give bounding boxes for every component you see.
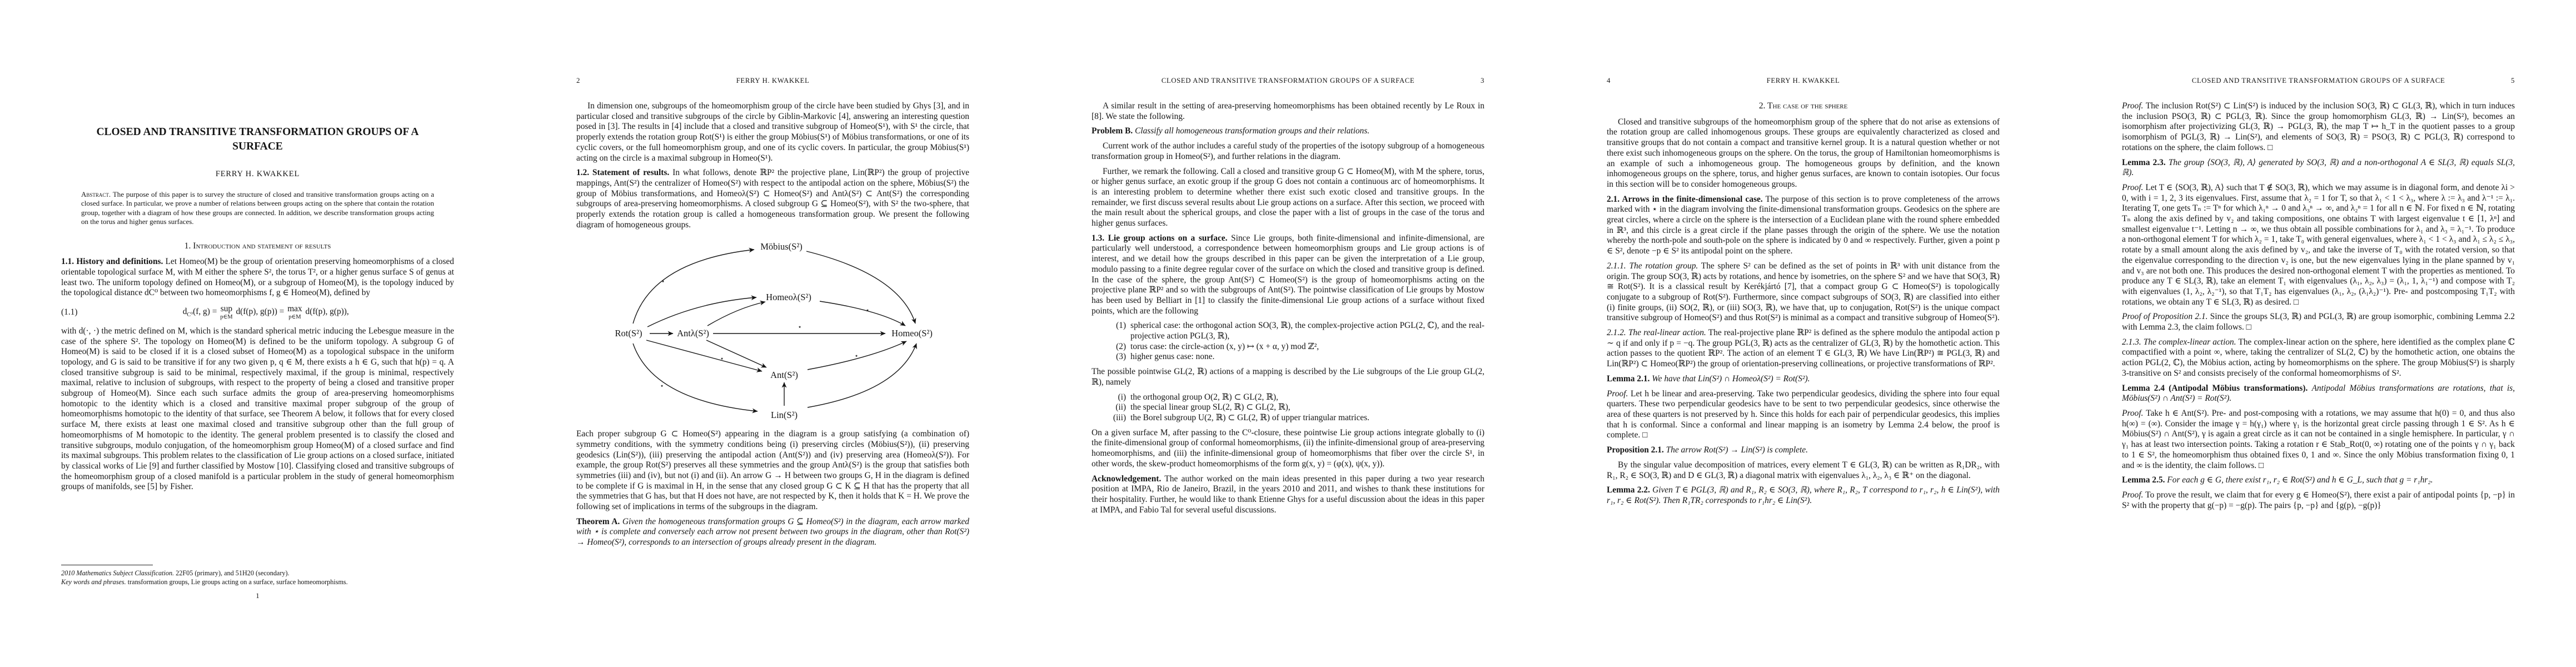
proof-lemma-2-1: Proof. Let h be linear and area-preservi… bbox=[1607, 389, 2000, 441]
page-1-body: 1. Introduction and statement of results… bbox=[61, 241, 454, 492]
eq-max: max bbox=[287, 304, 302, 315]
lemma-2-5: Lemma 2.5. For each g ∈ G, there exist r… bbox=[2122, 475, 2515, 486]
node-rot: Rot(S²) bbox=[615, 328, 642, 339]
problem-b-label: Problem B. bbox=[1092, 126, 1133, 136]
lemma-2-1-label: Lemma 2.1. bbox=[1607, 374, 1650, 384]
abstract: Abstract. The purpose of this paper is t… bbox=[81, 190, 434, 227]
para-pointwise-gl2: The possible pointwise GL(2, ℝ) actions … bbox=[1092, 367, 1484, 387]
subsection-2-1-1-label: 2.1.1. The rotation group. bbox=[1607, 261, 1698, 271]
problem-b: Problem B. Classify all homogeneous tran… bbox=[1092, 126, 1484, 137]
proof-lemma-2-2: Proof. The inclusion Rot(S²) ⊂ Lin(S²) i… bbox=[2122, 101, 2515, 153]
star-rot-lin: ⋆ bbox=[660, 382, 664, 390]
subsection-2-1-2-label: 2.1.2. The real-linear action. bbox=[1607, 328, 1706, 337]
node-antlambda: Antλ(S²) bbox=[677, 328, 709, 339]
page-3: CLOSED AND TRANSITIVE TRANSFORMATION GRO… bbox=[1030, 0, 1546, 667]
eq-max-operator: maxp∈M bbox=[287, 304, 302, 320]
subsection-1-3-text: Since Lie groups, both finite-dimensiona… bbox=[1092, 233, 1484, 316]
theorem-a: Theorem A. Given the homogeneous transfo… bbox=[576, 517, 969, 548]
equation-body: dC⁰(f, g) = supp∈M d(f(p), g(p)) = maxp∈… bbox=[78, 304, 455, 321]
lemma-2-4-label: Lemma 2.4 (Antipodal Möbius transformati… bbox=[2122, 384, 2308, 393]
running-header: CLOSED AND TRANSITIVE TRANSFORMATION GRO… bbox=[1092, 77, 1484, 87]
para-dimension-one: In dimension one, subgroups of the homeo… bbox=[576, 101, 969, 163]
header-page-number: 3 bbox=[1481, 77, 1484, 85]
keywords-label: Key words and phrases. bbox=[61, 578, 126, 586]
subsection-2-1-3-label: 2.1.3. The complex-linear action. bbox=[2122, 337, 2236, 347]
eq-rhs: d(f(p), g(p)), bbox=[303, 307, 349, 316]
node-mobius: Möbius(S²) bbox=[760, 241, 803, 252]
para-current-work: Current work of the author includes a ca… bbox=[1092, 141, 1484, 162]
list-item: (1)spherical case: the orthogonal action… bbox=[1106, 321, 1484, 341]
star-rot-mobius: ⋆ bbox=[661, 277, 665, 285]
lemma-2-2-text: Given T ∈ PGL(3, ℝ) and R₁, R₂ ∈ SO(3, ℝ… bbox=[1607, 485, 2000, 505]
abstract-label: Abstract. bbox=[81, 190, 111, 198]
list-item: (ii)the special linear group SL(2, ℝ) ⊂ … bbox=[1106, 402, 1484, 413]
header-title: CLOSED AND TRANSITIVE TRANSFORMATION GRO… bbox=[1162, 77, 1415, 84]
proof-proposition-2-1: Proof of Proposition 2.1. Since the grou… bbox=[2122, 312, 2515, 332]
star-antlambda-homeo: ⋆ bbox=[798, 323, 802, 331]
para-statement-of-results: 1.2. Statement of results. In what follo… bbox=[576, 168, 969, 230]
lemma-2-5-text: For each g ∈ G, there exist r₁, r₂ ∈ Rot… bbox=[2167, 475, 2433, 485]
arrow-rot-to-homeolambda bbox=[647, 297, 756, 327]
eq-sup-under: p∈M bbox=[220, 315, 232, 320]
para-real-linear-action: 2.1.2. The real-linear action. The real-… bbox=[1607, 328, 2000, 370]
lemma-2-2: Lemma 2.2. Given T ∈ PGL(3, ℝ) and R₁, R… bbox=[1607, 485, 2000, 506]
eq-lhs: (f, g) = bbox=[193, 307, 219, 316]
list-item-number: (ii) bbox=[1106, 402, 1126, 413]
theorem-a-text: Given the homogeneous transformation gro… bbox=[576, 517, 969, 547]
equation-1-1: (1.1) dC⁰(f, g) = supp∈M d(f(p), g(p)) =… bbox=[61, 304, 454, 321]
proof-lemma-2-5: Proof. To prove the result, we claim tha… bbox=[2122, 490, 2515, 511]
footnote-msc: 2010 Mathematics Subject Classification.… bbox=[61, 569, 454, 578]
star-homeolambda-homeo: ⋆ bbox=[865, 306, 870, 314]
section-2-heading: 2. The case of the sphere bbox=[1607, 101, 2000, 112]
proof-text: Let T ∈ ⟨SO(3, ℝ), A⟩ such that T ∉ SO(3… bbox=[2122, 183, 2515, 307]
eq-sup-operator: supp∈M bbox=[220, 304, 232, 320]
msc-text: 22F05 (primary), and 51H20 (secondary). bbox=[174, 569, 289, 577]
list-item-number: (3) bbox=[1106, 352, 1126, 362]
proof-text: Let h be linear and area-preserving. Tak… bbox=[1607, 389, 2000, 440]
para-metric-discussion: with d(·, ·) the metric defined on M, wh… bbox=[61, 326, 454, 492]
footnote-keywords: Key words and phrases. transformation gr… bbox=[61, 578, 454, 587]
acknowledgement-label: Acknowledgement. bbox=[1092, 474, 1161, 484]
node-homeolambda: Homeoλ(S²) bbox=[766, 292, 811, 302]
page-1: CLOSED AND TRANSITIVE TRANSFORMATION GRO… bbox=[0, 0, 515, 667]
list-item-number: (2) bbox=[1106, 342, 1126, 352]
page-4-body: 2. The case of the sphere Closed and tra… bbox=[1607, 101, 2000, 506]
lemma-2-3: Lemma 2.3. The group ⟨SO(3, ℝ), A⟩ gener… bbox=[2122, 158, 2515, 178]
list-item: (2)torus case: the circle-action (x, y) … bbox=[1106, 342, 1484, 352]
arrow-antlambda-to-homeolambda bbox=[707, 302, 765, 326]
footnote-rule bbox=[61, 565, 153, 565]
arrow-rot-to-ant bbox=[646, 340, 762, 371]
running-header: CLOSED AND TRANSITIVE TRANSFORMATION GRO… bbox=[2122, 77, 2515, 87]
node-ant: Ant(S²) bbox=[770, 370, 798, 380]
lemma-2-5-label: Lemma 2.5. bbox=[2122, 475, 2165, 485]
list-gl2-subgroups: (i)the orthogonal group O(2, ℝ) ⊂ GL(2, … bbox=[1092, 392, 1484, 424]
header-title: FERRY H. KWAKKEL bbox=[736, 77, 810, 84]
footnote-block: 2010 Mathematics Subject Classification.… bbox=[61, 565, 454, 601]
group-diagram-svg: Möbius(S²) Homeoλ(S²) Rot(S²) Antλ(S²) H… bbox=[579, 235, 968, 421]
header-page-number: 2 bbox=[576, 77, 580, 85]
abstract-text: The purpose of this paper is to survey t… bbox=[81, 190, 434, 226]
proof-text: To prove the result, we claim that for e… bbox=[2122, 490, 2515, 510]
node-lin: Lin(S²) bbox=[770, 410, 797, 420]
proposition-2-1-label: Proposition 2.1. bbox=[1607, 445, 1664, 455]
running-header: 4 FERRY H. KWAKKEL bbox=[1607, 77, 2000, 87]
para-arrows-finite-dim: 2.1. Arrows in the finite-dimensional ca… bbox=[1607, 195, 2000, 257]
paper-title: CLOSED AND TRANSITIVE TRANSFORMATION GRO… bbox=[78, 125, 437, 154]
header-page-number: 5 bbox=[2511, 77, 2515, 85]
para-inhomogeneous: Closed and transitive subgroups of the h… bbox=[1607, 117, 2000, 190]
header-page-number: 4 bbox=[1607, 77, 1611, 85]
proof-of-proposition-label: Proof of Proposition 2.1. bbox=[2122, 312, 2208, 321]
list-item-number: (1) bbox=[1106, 321, 1126, 341]
page-number: 1 bbox=[61, 592, 454, 601]
list-lie-actions: (1)spherical case: the orthogonal action… bbox=[1092, 321, 1484, 362]
eq-d-sub: C⁰ bbox=[187, 312, 193, 318]
msc-label: 2010 Mathematics Subject Classification. bbox=[61, 569, 174, 577]
lemma-2-3-text: The group ⟨SO(3, ℝ), A⟩ generated by SO(… bbox=[2122, 158, 2515, 178]
theorem-a-label: Theorem A. bbox=[576, 517, 620, 526]
subsection-1-2-label: 1.2. Statement of results. bbox=[576, 168, 669, 177]
para-symmetry-conditions: Each proper subgroup G ⊂ Homeo(S²) appea… bbox=[576, 429, 969, 512]
group-diagram: Möbius(S²) Homeoλ(S²) Rot(S²) Antλ(S²) H… bbox=[576, 235, 969, 425]
page-5: CLOSED AND TRANSITIVE TRANSFORMATION GRO… bbox=[2061, 0, 2576, 667]
list-item-text: torus case: the circle-action (x, y) ↦ (… bbox=[1130, 342, 1484, 352]
proposition-2-1: Proposition 2.1. The arrow Rot(S²) → Lin… bbox=[1607, 445, 2000, 456]
proof-lemma-2-4: Proof. Take h ∈ Ant(S²). Pre- and post-c… bbox=[2122, 409, 2515, 471]
list-item: (3)higher genus case: none. bbox=[1106, 352, 1484, 362]
arrow-homeolambda-to-homeo bbox=[820, 301, 905, 326]
list-item: (i)the orthogonal group O(2, ℝ) ⊂ GL(2, … bbox=[1106, 392, 1484, 403]
page-3-body: A similar result in the setting of area-… bbox=[1092, 101, 1484, 515]
proof-label: Proof. bbox=[2122, 409, 2143, 418]
author-name: FERRY H. KWAKKEL bbox=[61, 170, 454, 179]
lemma-2-1: Lemma 2.1. We have that Lin(S²) ∩ Homeoλ… bbox=[1607, 374, 2000, 385]
section-1-heading: 1. Introduction and statement of results bbox=[61, 241, 454, 252]
problem-b-text: Classify all homogeneous transformation … bbox=[1135, 126, 1369, 136]
star-ant-homeo: ⋆ bbox=[854, 352, 859, 360]
list-item-text: spherical case: the orthogonal action SO… bbox=[1130, 321, 1484, 341]
page-4: 4 FERRY H. KWAKKEL 2. The case of the sp… bbox=[1546, 0, 2061, 667]
page-2: 2 FERRY H. KWAKKEL In dimension one, sub… bbox=[515, 0, 1030, 667]
node-homeo: Homeo(S²) bbox=[891, 328, 933, 339]
eq-max-under: p∈M bbox=[288, 315, 301, 320]
header-title: FERRY H. KWAKKEL bbox=[1767, 77, 1840, 84]
list-item-text: higher genus case: none. bbox=[1130, 352, 1484, 362]
keywords-text: transformation groups, Lie groups acting… bbox=[126, 578, 348, 586]
eq-mid: d(f(p), g(p)) = bbox=[234, 307, 287, 316]
equation-tag: (1.1) bbox=[61, 307, 78, 318]
arrow-mobius-to-homeo bbox=[806, 251, 915, 323]
list-item-text: the orthogonal group O(2, ℝ) ⊂ GL(2, ℝ), bbox=[1130, 392, 1484, 403]
list-item-text: the Borel subgroup U(2, ℝ) ⊂ GL(2, ℝ) of… bbox=[1130, 413, 1484, 424]
page-5-body: Proof. The inclusion Rot(S²) ⊂ Lin(S²) i… bbox=[2122, 101, 2515, 511]
arrow-rot-to-mobius bbox=[633, 250, 754, 323]
para-rotation-group: 2.1.1. The rotation group. The sphere S²… bbox=[1607, 261, 2000, 323]
subsection-1-3-label: 1.3. Lie group actions on a surface. bbox=[1092, 233, 1227, 243]
acknowledgement: Acknowledgement. The author worked on th… bbox=[1092, 474, 1484, 516]
proof-text: Take h ∈ Ant(S²). Pre- and post-composin… bbox=[2122, 409, 2515, 470]
star-antlambda-ant: ⋆ bbox=[720, 355, 724, 362]
eq-sup: sup bbox=[221, 304, 232, 315]
header-title: CLOSED AND TRANSITIVE TRANSFORMATION GRO… bbox=[2192, 77, 2445, 84]
page-2-body: In dimension one, subgroups of the homeo… bbox=[576, 101, 969, 548]
running-header: 2 FERRY H. KWAKKEL bbox=[576, 77, 969, 87]
list-item-text: the special linear group SL(2, ℝ) ⊂ GL(2… bbox=[1130, 402, 1484, 413]
para-exotic-groups: Further, we remark the following. Call a… bbox=[1092, 167, 1484, 229]
para-svd: By the singular value decomposition of m… bbox=[1607, 460, 2000, 481]
para-lie-group-actions: 1.3. Lie group actions on a surface. Sin… bbox=[1092, 233, 1484, 317]
proof-text: The inclusion Rot(S²) ⊂ Lin(S²) is induc… bbox=[2122, 101, 2515, 152]
list-item-number: (iii) bbox=[1106, 413, 1126, 424]
arrow-antlambda-to-ant bbox=[706, 340, 766, 367]
proposition-2-1-text: The arrow Rot(S²) → Lin(S²) is complete. bbox=[1666, 445, 1808, 455]
lemma-2-3-label: Lemma 2.3. bbox=[2122, 158, 2166, 167]
para-c0-closure: On a given surface M, after passing to t… bbox=[1092, 428, 1484, 470]
proof-label: Proof. bbox=[2122, 101, 2143, 111]
paper-screenshot: arXiv:1502.04111v1 [math.GT] 13 Feb 2015… bbox=[0, 0, 2576, 667]
para-complex-linear-action: 2.1.3. The complex-linear action. The co… bbox=[2122, 337, 2515, 379]
list-item: (iii)the Borel subgroup U(2, ℝ) ⊂ GL(2, … bbox=[1106, 413, 1484, 424]
proof-label: Proof. bbox=[2122, 490, 2143, 500]
para-history-definitions: 1.1. History and definitions. Let Homeo(… bbox=[61, 257, 454, 298]
subsection-1-1-label: 1.1. History and definitions. bbox=[61, 257, 163, 266]
proof-label: Proof. bbox=[2122, 183, 2143, 192]
proof-lemma-2-3: Proof. Let T ∈ ⟨SO(3, ℝ), A⟩ such that T… bbox=[2122, 183, 2515, 307]
lemma-2-2-label: Lemma 2.2. bbox=[1607, 485, 1650, 495]
arrow-lin-to-homeo bbox=[808, 344, 916, 407]
para-leroux: A similar result in the setting of area-… bbox=[1092, 101, 1484, 122]
subsection-2-1-label: 2.1. Arrows in the finite-dimensional ca… bbox=[1607, 195, 1763, 204]
list-item-number: (i) bbox=[1106, 392, 1126, 403]
lemma-2-4: Lemma 2.4 (Antipodal Möbius transformati… bbox=[2122, 384, 2515, 404]
proof-label: Proof. bbox=[1607, 389, 1628, 399]
lemma-2-1-text: We have that Lin(S²) ∩ Homeoλ(S²) = Rot(… bbox=[1652, 374, 1810, 384]
